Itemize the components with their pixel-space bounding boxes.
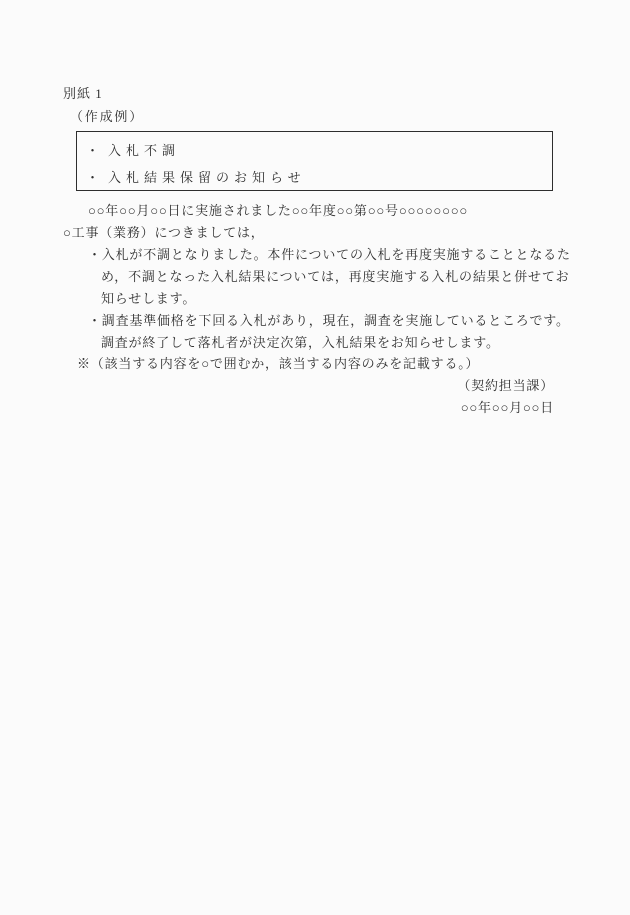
notice-option-2: ・ 入札結果保留のお知らせ	[86, 170, 306, 185]
body-line-7: 調査が終了して落札者が決定次第，入札結果をお知らせします。	[101, 335, 500, 351]
signature-department: （契約担当課）	[457, 378, 554, 394]
body-line-4: め，不調となった入札結果については，再度実施する入札の結果と併せてお	[101, 269, 569, 285]
signature-date: ○○年○○月○○日	[461, 400, 554, 416]
document-page: 別紙 1 （作成例） ・ 入札不調 ・ 入札結果保留のお知らせ ○○年○○月○○…	[0, 0, 630, 915]
notice-option-1: ・ 入札不調	[86, 143, 180, 158]
bullet-dot: ・	[86, 170, 100, 185]
notice-option-2-label: 入札結果保留のお知らせ	[108, 170, 306, 185]
body-line-2: ○工事（業務）につきましては，	[63, 225, 265, 241]
body-line-6: ・調査基準価格を下回る入札があり，現在，調査を実施しているところです。	[88, 313, 570, 329]
body-line-1: ○○年○○月○○日に実施されました○○年度○○第○○号○○○○○○○○	[88, 203, 468, 219]
body-line-5: 知らせします。	[101, 291, 196, 307]
note-line: ※（該当する内容を○で囲むか，該当する内容のみを記載する。）	[77, 356, 479, 372]
bullet-dot: ・	[86, 143, 100, 158]
attachment-label: 別紙 1	[63, 86, 103, 102]
notice-option-1-label: 入札不調	[108, 143, 180, 158]
example-label: （作成例）	[70, 109, 144, 125]
body-line-3: ・入札が不調となりました。本件についての入札を再度実施することとなるた	[88, 247, 571, 263]
